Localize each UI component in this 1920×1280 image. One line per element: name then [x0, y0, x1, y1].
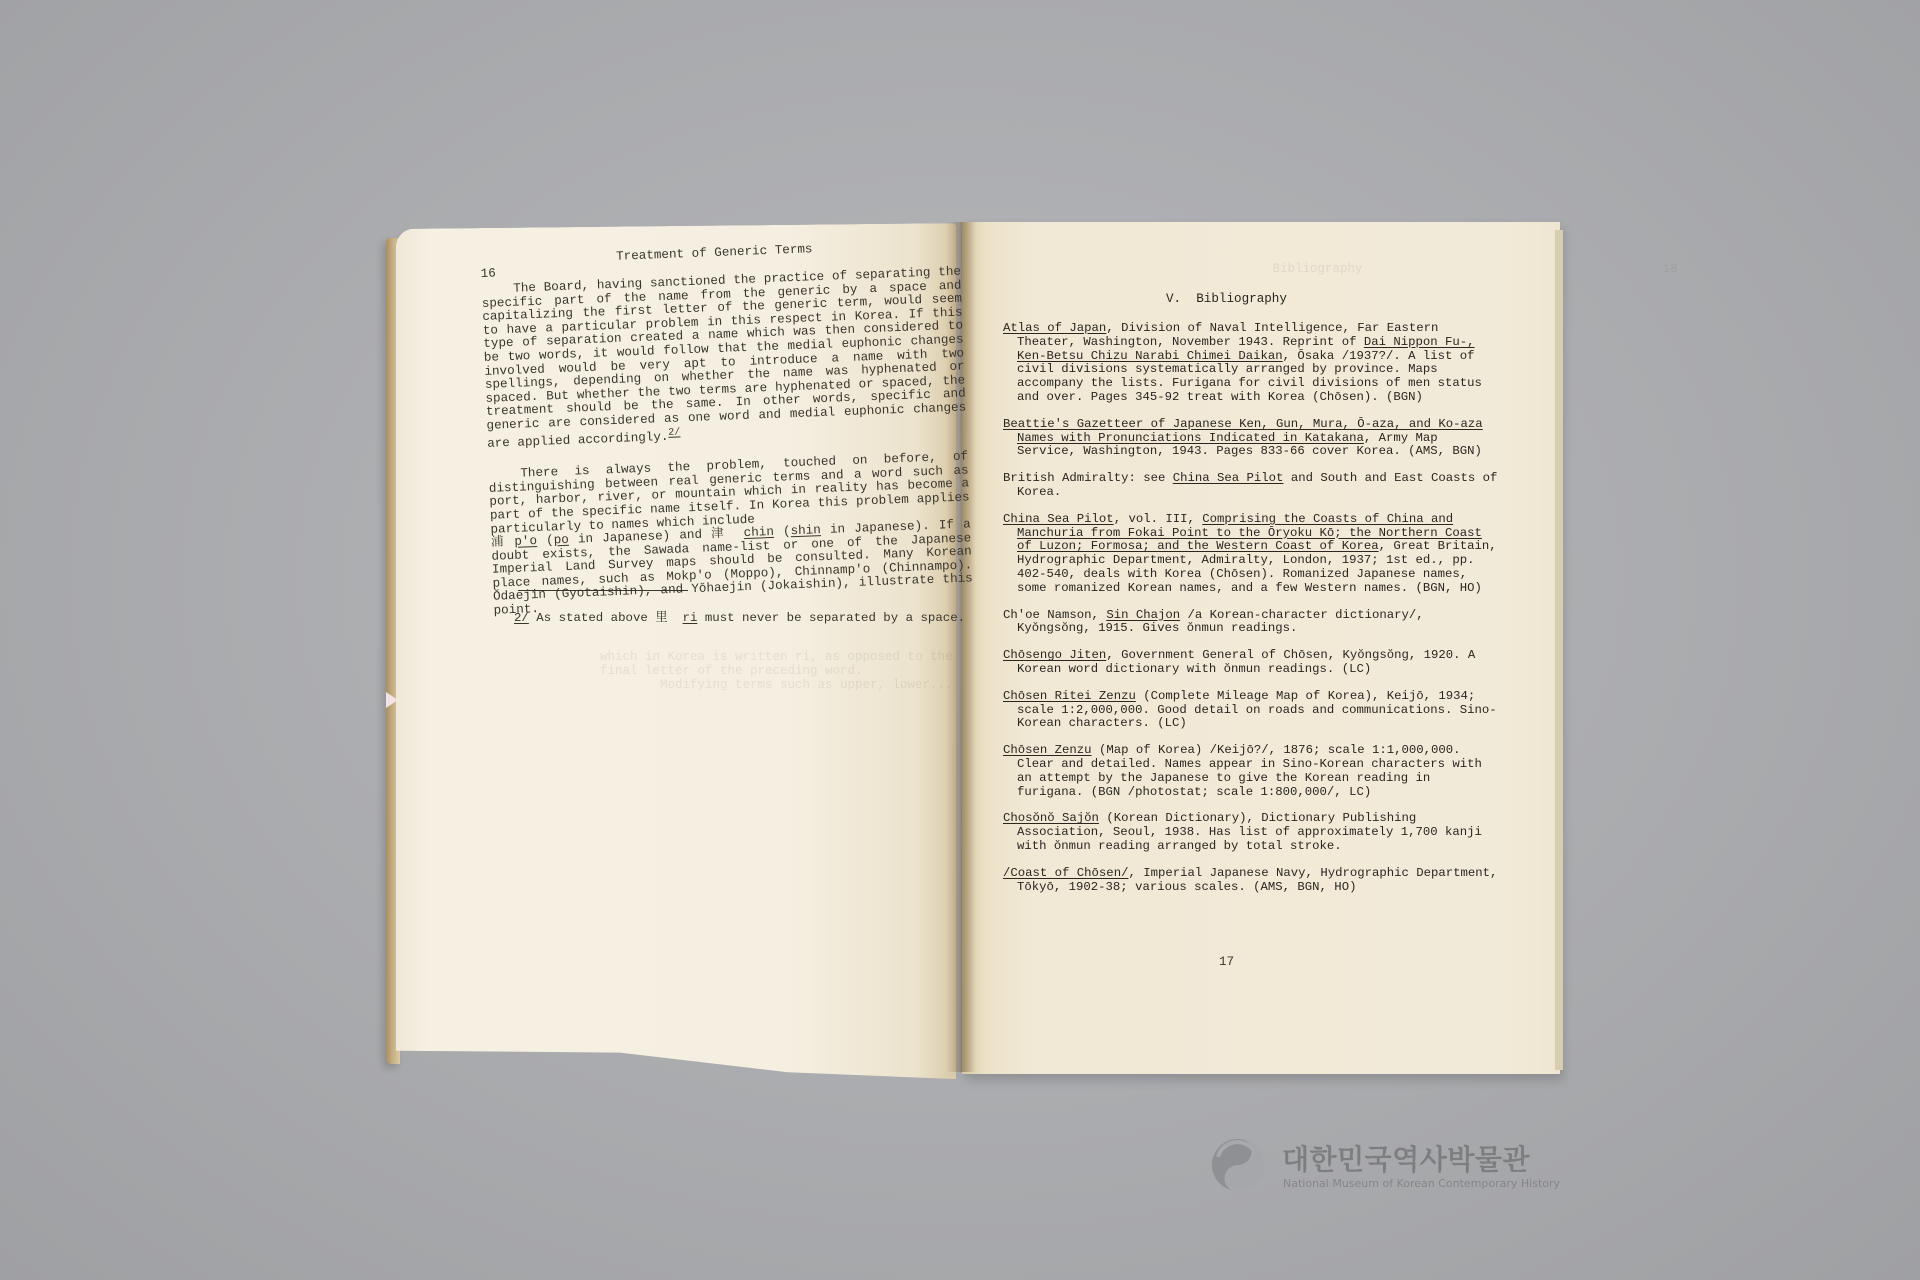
romanized-term: p'o	[514, 534, 537, 549]
bibliography-entry: /Coast of Chōsen/, Imperial Japanese Nav…	[1003, 867, 1498, 895]
page-number: 16	[480, 267, 496, 281]
bibliography-entry: Beattie's Gazetteer of Japanese Ken, Gun…	[1003, 418, 1498, 459]
museum-name-korean: 대한민국역사박물관	[1282, 1138, 1530, 1178]
bibliography-entry: China Sea Pilot, vol. III, Comprising th…	[1003, 513, 1498, 596]
paragraph: The Board, having sanctioned the practic…	[481, 266, 967, 451]
page-block-edge	[1555, 230, 1563, 1070]
page-number: 17	[1219, 955, 1234, 969]
bibliography-entry: British Admiralty: see China Sea Pilot a…	[1003, 472, 1498, 500]
bibliography-entry: Chōsengo Jiten, Government General of Ch…	[1003, 649, 1498, 677]
museum-logo-icon	[1208, 1135, 1268, 1195]
bibliography-entry: Atlas of Japan, Division of Naval Intell…	[1003, 322, 1498, 405]
bibliography-entry: Ch'oe Namson, Sin Chajon /a Korean-chara…	[1003, 609, 1498, 637]
bibliography-entry: Chosŏnŏ Sajŏn (Korean Dictionary), Dicti…	[1003, 812, 1498, 853]
hanja-char: 里	[655, 611, 667, 625]
left-page-text: 16 Treatment of Generic Terms The Board,…	[480, 238, 974, 619]
museum-name-english: National Museum of Korean Contemporary H…	[1283, 1177, 1560, 1190]
bibliography-entry: Chōsen Ritei Zenzu (Complete Mileage Map…	[1003, 690, 1498, 731]
bibliography-entry: Chōsen Zenzu (Map of Korea) /Keijō?/, 18…	[1003, 744, 1498, 799]
footnote: 2/ As stated above 里 ri must never be se…	[514, 607, 965, 625]
footnote-divider	[518, 590, 688, 591]
section-title: V. Bibliography	[1166, 292, 1287, 306]
open-booklet: Bibliography 18 which in Korea is writte…	[0, 0, 1920, 1280]
bibliography-list: Atlas of Japan, Division of Naval Intell…	[1003, 322, 1498, 907]
footnote-reference: 2/	[668, 427, 680, 438]
paragraph: There is always the problem, touched on …	[488, 451, 973, 619]
hanja-char: 津	[711, 527, 726, 542]
hanja-char: 浦	[491, 535, 506, 550]
